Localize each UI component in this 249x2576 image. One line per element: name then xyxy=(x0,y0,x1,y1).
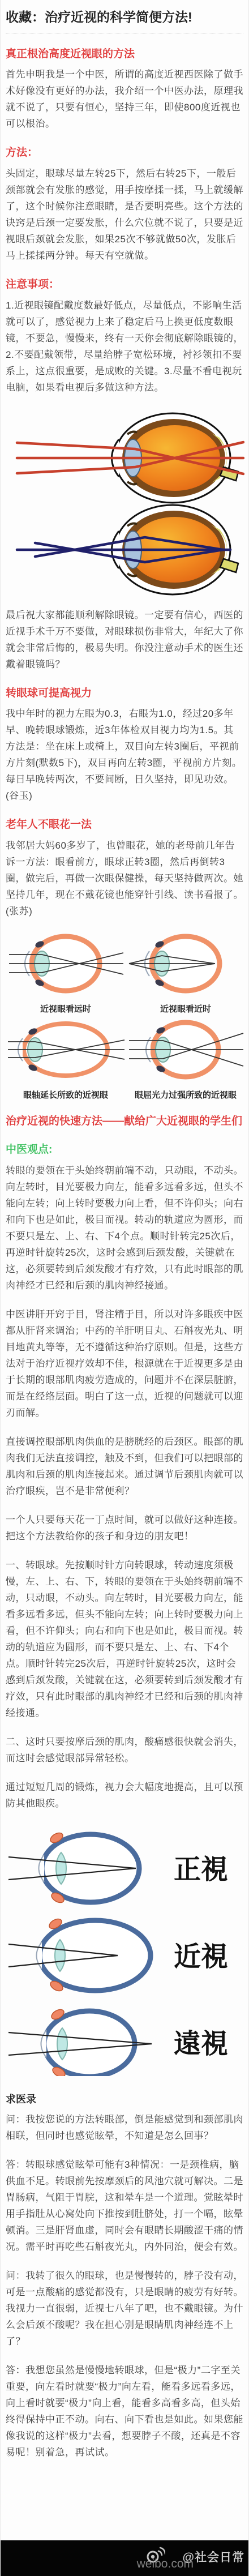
grid-caption-axis: 眼轴延长所致的近视眼 xyxy=(6,1089,126,1101)
grid-caption-near: 近视眼看近时 xyxy=(126,1003,246,1015)
vision-types-diagram: 正視 近視 xyxy=(6,1824,244,2076)
label-emmetropia: 正視 xyxy=(174,1855,228,1885)
paragraph-result: 通过短短几周的锻炼，视力会大幅度地提高，且可以预防其他眼疾。 xyxy=(6,1779,243,1812)
grid-caption-refraction: 眼屈光力过强所致的近视眼 xyxy=(126,1089,246,1101)
qa-question-2: 问：我转了很久的眼球，也是慢慢转的，脖子没有动，可是一点酸痛的感觉都没有，只是眼… xyxy=(6,2267,243,2350)
weibo-long-post: 收藏：治疗近视的科学简便方法! 真正根治高度近视眼的方法 首先申明我是一个中医，… xyxy=(0,0,249,2576)
myopia-strong-refraction-eye-diagram xyxy=(126,1018,246,1085)
myopia-eye xyxy=(37,1917,151,1993)
title-divider xyxy=(6,33,243,33)
myopia-long-axis-eye-diagram xyxy=(6,1018,126,1085)
paragraph-cure-intro: 首先申明我是一个中医，所谓的高度近视西医除了做手术好像没有更好的办法，我介绍一个… xyxy=(6,66,243,132)
qa-question-1: 问：我按您说的方法转眼部，倒是能感觉到和颈部肌肉相联，但同时也感觉眩晕，不知道是… xyxy=(6,2111,243,2144)
grid-cell-refraction: 眼屈光力过强所致的近视眼 xyxy=(126,1018,246,1101)
heading-method: 方法： xyxy=(6,146,243,161)
qa-answer-2: 答：我想您虽然是慢慢地转眼球，但是“极力”二字至关重要，向左看时就要“极力”向左… xyxy=(6,2362,243,2461)
figure-vision-types: 正視 近視 xyxy=(6,1824,243,2079)
grid-cell-near: 近视眼看近时 xyxy=(126,932,246,1015)
heading-fast-method: 治疗近视的快速方法——献给广大近视眼的学生们 xyxy=(6,1114,243,1129)
paragraph-method: 头固定，眼球尽量左转25下，然后右转25下，一般后颈部就会有发胀的感觉，用手按摩… xyxy=(6,165,243,264)
label-myopia: 近視 xyxy=(174,1942,228,1972)
figure-eye-focus-diagram xyxy=(6,408,243,601)
grid-caption-far: 近视眼看远时 xyxy=(6,1003,126,1015)
heading-tcm-view: 中医观点: xyxy=(6,1142,243,1158)
paragraph-elder: 我邻居大妈60多岁了，也曾眼花，她的老母前几年告诉一方法：眼看前方，眼球正转3圈… xyxy=(6,837,243,919)
eye-cross-section-diagram xyxy=(6,408,244,598)
heading-cure-method: 真正根治高度近视眼的方法 xyxy=(6,47,243,62)
grid-cell-axis: 眼轴延长所致的近视眼 xyxy=(6,1018,126,1101)
heading-notes: 注意事项： xyxy=(6,277,243,293)
paragraph-step-1: 一、转眼球。先按顺时针方向转眼球，转动速度须极慢，左、上、右、下，转眼的要领在于… xyxy=(6,1557,243,1721)
paragraph-closing: 最后祝大家都能顺利解除眼镜。一定要有信心，西医的近视手术千万不要做，对眼球损伤非… xyxy=(6,607,243,673)
qa-answer-1: 答：转眼球感觉眩晕可能有3种情况：一是颈椎病，脑供血不足。转眼前先按摩颈后的风池… xyxy=(6,2156,243,2255)
paragraph-notes: 1.近视眼镜配戴度数最好低点，尽量低点，不影响生活就可以了，感觉视力上来了稳定后… xyxy=(6,297,243,396)
paragraph-rotate: 我中年时的视力左眼为0.3，右眼为1.0，经过20多年早、晚转眼球锻炼，近3年体… xyxy=(6,705,243,804)
myopia-near-eye-diagram xyxy=(126,932,246,999)
paragraph-tcm-3: 直接调控眼部肌肉供血的是膀胱经的后颈区。眼部的肌肉我们无法直接调控，触及不到，但… xyxy=(6,1434,243,1499)
myopia-far-eye-diagram xyxy=(6,932,126,999)
heading-rotate-eyes: 转眼球可提高视力 xyxy=(6,686,243,701)
paragraph-tcm-1: 转眼的要领在于头始终朝前端不动，只动眼，不动头。向左转时，目光要极力向左，能看多… xyxy=(6,1162,243,1294)
paragraph-tcm-4: 一个人只要每天花一丁点时间，就可以做好这种连接。把这个方法教给你的孩子和身边的朋… xyxy=(6,1512,243,1544)
paragraph-tcm-2: 中医讲肝开窍于目，肾注精于目，所以对许多眼疾中医都从肝肾来调治；中药的羊肝明目丸… xyxy=(6,1306,243,1421)
post-title: 收藏：治疗近视的科学简便方法! xyxy=(6,9,243,26)
heading-elder: 老年人不眼花一法 xyxy=(6,818,243,833)
heading-qa: 求医录 xyxy=(6,2093,243,2107)
watermark-url: weibo.com xyxy=(137,2557,194,2571)
footer-watermark-bar: @社会日常 weibo.com xyxy=(0,2540,249,2576)
grid-cell-far: 近视眼看远时 xyxy=(6,932,126,1015)
figure-myopia-grid: 近视眼看远时 近视眼看近 xyxy=(6,932,243,1101)
paragraph-step-2: 二、这时只要按摩后颈的肌肉，酸痛感很快就会消失，而这时会感觉眼部异常轻松。 xyxy=(6,1734,243,1766)
label-hyperopia: 遠視 xyxy=(174,2029,228,2059)
